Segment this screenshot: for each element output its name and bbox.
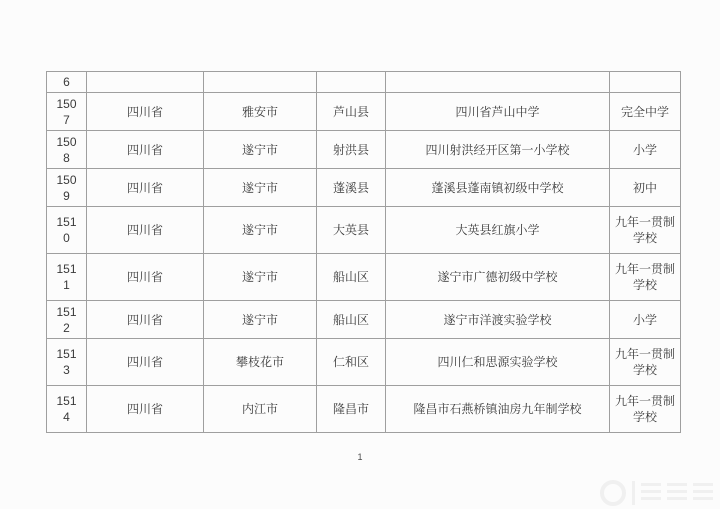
cell-province: 四川省 xyxy=(87,169,204,207)
cell-school: 四川省芦山中学 xyxy=(386,93,610,131)
cell-id: 1507 xyxy=(47,93,87,131)
table-row: 1507 四川省 雅安市 芦山县 四川省芦山中学 完全中学 xyxy=(47,93,681,131)
cell-county xyxy=(317,72,386,93)
watermark-glyph-icon xyxy=(667,483,687,503)
cell-city: 内江市 xyxy=(204,386,317,433)
table-row: 1508 四川省 遂宁市 射洪县 四川射洪经开区第一小学校 小学 xyxy=(47,131,681,169)
cell-province: 四川省 xyxy=(87,301,204,339)
row-id: 1509 xyxy=(55,172,79,204)
cell-county: 船山区 xyxy=(317,254,386,301)
cell-type: 小学 xyxy=(610,131,681,169)
page-number: 1 xyxy=(0,452,720,462)
watermark xyxy=(600,480,713,506)
cell-city: 遂宁市 xyxy=(204,301,317,339)
cell-school xyxy=(386,72,610,93)
cell-city: 遂宁市 xyxy=(204,207,317,254)
cell-id: 1513 xyxy=(47,339,87,386)
watermark-glyph-icon xyxy=(641,483,661,503)
cell-county: 船山区 xyxy=(317,301,386,339)
cell-school: 四川射洪经开区第一小学校 xyxy=(386,131,610,169)
row-id: 1514 xyxy=(55,393,79,425)
table-row: 6 xyxy=(47,72,681,93)
school-table: 6 1507 四川省 雅安市 芦山县 四川省芦山中学 完全中学 1508 四川省… xyxy=(46,71,681,433)
table-row: 1512 四川省 遂宁市 船山区 遂宁市洋渡实验学校 小学 xyxy=(47,301,681,339)
table-row: 1513 四川省 攀枝花市 仁和区 四川仁和思源实验学校 九年一贯制学校 xyxy=(47,339,681,386)
cell-school: 遂宁市洋渡实验学校 xyxy=(386,301,610,339)
cell-type xyxy=(610,72,681,93)
row-id: 1507 xyxy=(55,96,79,128)
cell-school: 大英县红旗小学 xyxy=(386,207,610,254)
row-id: 1508 xyxy=(55,134,79,166)
row-id: 1511 xyxy=(55,261,79,293)
cell-id: 1511 xyxy=(47,254,87,301)
watermark-glyph-icon xyxy=(693,483,713,503)
cell-county: 射洪县 xyxy=(317,131,386,169)
cell-type: 小学 xyxy=(610,301,681,339)
cell-id: 1508 xyxy=(47,131,87,169)
watermark-logo-icon xyxy=(600,480,626,506)
cell-type: 初中 xyxy=(610,169,681,207)
cell-id: 1509 xyxy=(47,169,87,207)
cell-province: 四川省 xyxy=(87,207,204,254)
row-id: 1512 xyxy=(55,304,79,336)
cell-type: 九年一贯制学校 xyxy=(610,207,681,254)
cell-province: 四川省 xyxy=(87,93,204,131)
cell-id: 1510 xyxy=(47,207,87,254)
table-row: 1509 四川省 遂宁市 蓬溪县 蓬溪县蓬南镇初级中学校 初中 xyxy=(47,169,681,207)
row-id: 1510 xyxy=(55,214,79,246)
cell-city: 攀枝花市 xyxy=(204,339,317,386)
cell-id: 1512 xyxy=(47,301,87,339)
cell-province: 四川省 xyxy=(87,339,204,386)
cell-county: 隆昌市 xyxy=(317,386,386,433)
cell-county: 芦山县 xyxy=(317,93,386,131)
table-row: 1510 四川省 遂宁市 大英县 大英县红旗小学 九年一贯制学校 xyxy=(47,207,681,254)
row-id: 6 xyxy=(55,74,79,90)
cell-id: 1514 xyxy=(47,386,87,433)
cell-city: 遂宁市 xyxy=(204,169,317,207)
cell-type: 九年一贯制学校 xyxy=(610,254,681,301)
cell-city: 遂宁市 xyxy=(204,254,317,301)
cell-type: 九年一贯制学校 xyxy=(610,339,681,386)
table-row: 1511 四川省 遂宁市 船山区 遂宁市广德初级中学校 九年一贯制学校 xyxy=(47,254,681,301)
row-id: 1513 xyxy=(55,346,79,378)
cell-province: 四川省 xyxy=(87,254,204,301)
cell-county: 大英县 xyxy=(317,207,386,254)
cell-type: 完全中学 xyxy=(610,93,681,131)
cell-id: 6 xyxy=(47,72,87,93)
cell-school: 遂宁市广德初级中学校 xyxy=(386,254,610,301)
cell-city xyxy=(204,72,317,93)
document-page: 6 1507 四川省 雅安市 芦山县 四川省芦山中学 完全中学 1508 四川省… xyxy=(0,0,720,509)
watermark-divider xyxy=(632,481,635,505)
cell-school: 蓬溪县蓬南镇初级中学校 xyxy=(386,169,610,207)
cell-county: 蓬溪县 xyxy=(317,169,386,207)
cell-school: 四川仁和思源实验学校 xyxy=(386,339,610,386)
cell-province xyxy=(87,72,204,93)
cell-school: 隆昌市石燕桥镇油房九年制学校 xyxy=(386,386,610,433)
table-row: 1514 四川省 内江市 隆昌市 隆昌市石燕桥镇油房九年制学校 九年一贯制学校 xyxy=(47,386,681,433)
cell-city: 遂宁市 xyxy=(204,131,317,169)
cell-province: 四川省 xyxy=(87,386,204,433)
cell-province: 四川省 xyxy=(87,131,204,169)
cell-city: 雅安市 xyxy=(204,93,317,131)
cell-county: 仁和区 xyxy=(317,339,386,386)
cell-type: 九年一贯制学校 xyxy=(610,386,681,433)
